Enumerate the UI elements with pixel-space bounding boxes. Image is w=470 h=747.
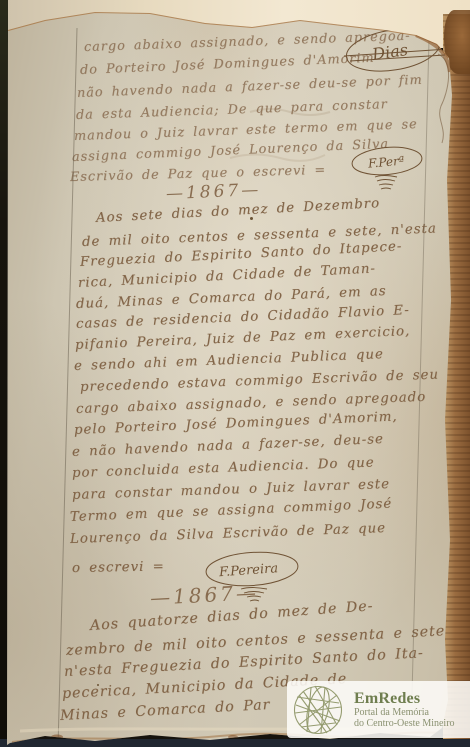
year-heading-1: —1867— — [166, 180, 262, 204]
ink-speck — [250, 217, 253, 220]
watermark-tagline-2: do Centro-Oeste Mineiro — [354, 718, 455, 729]
watermark-tagline-1: Portal da Memória — [354, 707, 455, 718]
year-heading-2: —1867— — [149, 580, 259, 610]
manuscript-line: do Porteiro José Domingues d'Amorim — [80, 51, 375, 78]
manuscript-page: 34 cargo abaixo assignado, e sendo apreg… — [0, 0, 470, 747]
watermark: EmRedes Portal da Memória do Centro-Oest… — [287, 681, 470, 738]
svg-text:F.Perª: F.Perª — [367, 153, 406, 170]
network-sphere-icon — [291, 683, 345, 737]
ink-speck — [97, 684, 99, 686]
watermark-brand: EmRedes — [354, 690, 455, 707]
manuscript-line: e sendo ahi em Audiencia Publica que — [74, 347, 384, 374]
photo-dark-bottom-edge — [0, 739, 470, 747]
manuscript-line: por concluida esta Audiencia. Do que — [72, 455, 375, 481]
manuscript-line: Minas e Comarca do Par — [60, 697, 271, 724]
manuscript-line: o escrevi = — [72, 559, 165, 576]
manuscript-photo: 34 cargo abaixo assignado, e sendo apreg… — [0, 0, 470, 747]
svg-text:F.Pereira: F.Pereira — [218, 561, 279, 580]
watermark-text: EmRedes Portal da Memória do Centro-Oest… — [354, 690, 455, 729]
manuscript-line: Lourenço da Silva Escrivão de Paz que — [70, 521, 386, 547]
